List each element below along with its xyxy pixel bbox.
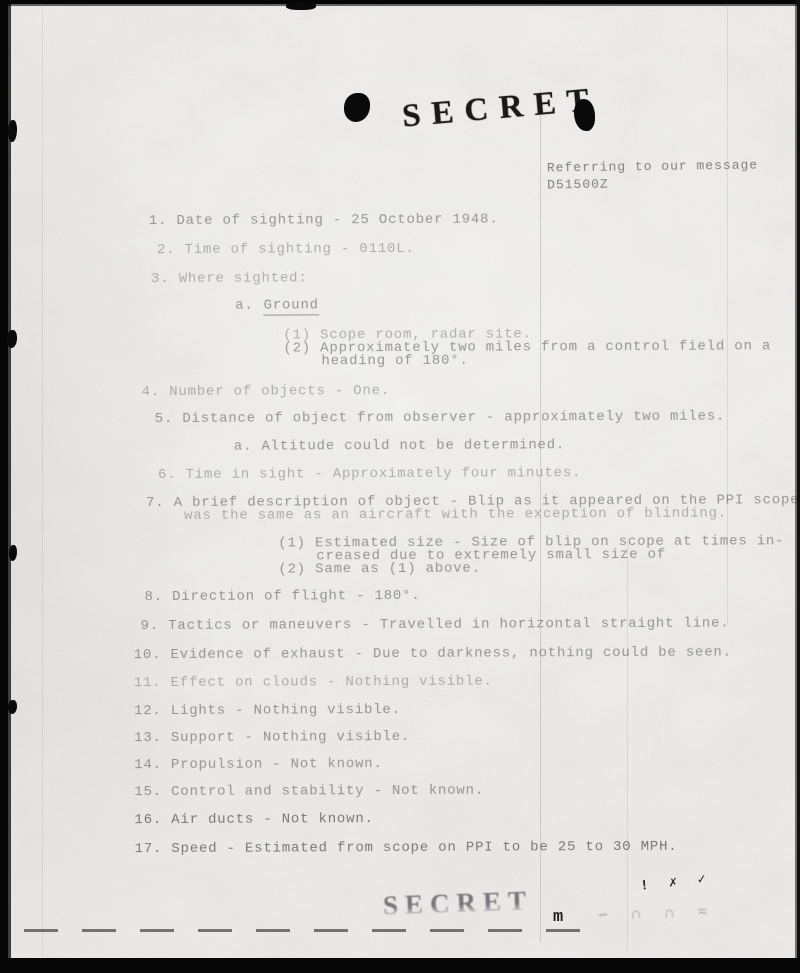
line-item-17-speed: 17. Speed - Estimated from scope on PPI … [135, 839, 678, 857]
secret-stamp-bottom: SECRET [383, 885, 534, 921]
line-item-12-lights: 12. Lights - Nothing visible. [134, 702, 401, 719]
line-item-1-date: 1. Date of sighting - 25 October 1948. [149, 212, 499, 230]
line-item-10-exhaust: 10. Evidence of exhaust - Due to darknes… [134, 645, 732, 664]
line-item-3-where: 3. Where sighted: [151, 270, 308, 287]
line-item-5a-altitude: a. Altitude could not be determined. [234, 437, 565, 454]
line-item-6-time-in-sight: 6. Time in sight - Approximately four mi… [158, 465, 581, 483]
line-item-7-2: (2) Same as (1) above. [278, 561, 481, 578]
line-item-13-support: 13. Support - Nothing visible. [134, 729, 410, 746]
line-item-16-air-ducts: 16. Air ducts - Not known. [134, 811, 373, 828]
line-item-8-direction: 8. Direction of flight - 180°. [144, 588, 420, 605]
edge-blot [286, 2, 316, 10]
scan-edge-left [0, 0, 13, 960]
scan-edge-right [793, 0, 800, 973]
scanned-document-page: SECRET Referring to our message D51500Z … [0, 0, 800, 973]
sub-label: a. [235, 298, 253, 314]
line-item-9-tactics: 9. Tactics or maneuvers - Travelled in h… [141, 616, 730, 635]
line-item-11-clouds: 11. Effect on clouds - Nothing visible. [134, 674, 493, 692]
line-item-2-time: 2. Time of sighting - 0110L. [157, 241, 415, 258]
scan-edge-bottom [0, 958, 800, 973]
page-fold-dashed-line [24, 929, 584, 932]
scan-edge-top [0, 0, 800, 7]
handwritten-initial: m [553, 908, 564, 927]
handwritten-scribble: ∽ ∩ ∩ ≈ [598, 901, 715, 925]
line-item-3a-ground: a.Ground [235, 297, 319, 313]
report-body: 1. Date of sighting - 25 October 1948. 2… [0, 0, 800, 973]
line-item-14-propulsion: 14. Propulsion - Not known. [134, 756, 383, 773]
line-item-7-cont: was the same as an aircraft with the exc… [184, 506, 727, 524]
line-item-3a2-cont: heading of 180°. [321, 353, 468, 370]
ground-underlined: Ground [264, 297, 319, 315]
line-item-5-distance: 5. Distance of object from observer - ap… [155, 409, 726, 427]
line-item-4-number: 4. Number of objects - One. [142, 383, 391, 400]
line-item-15-control: 15. Control and stability - Not known. [134, 783, 484, 801]
